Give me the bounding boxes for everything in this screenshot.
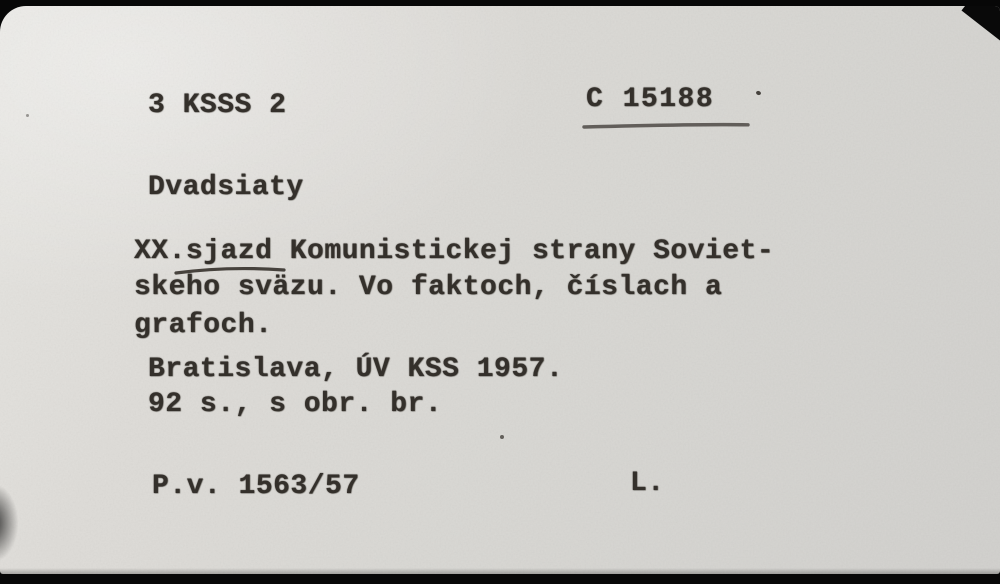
catalog-card: 3 KSSS 2 C 15188 Dvadsiaty XX.sjazd Komu… <box>0 6 1000 574</box>
ink-speck <box>26 114 29 117</box>
call-number: C 15188 <box>586 84 714 115</box>
ink-speck <box>500 435 504 439</box>
corner-shadow <box>962 6 1000 42</box>
ink-speck <box>755 90 761 95</box>
heading-word: Dvadsiaty <box>148 172 304 203</box>
cataloguer-initial: L. <box>630 468 665 499</box>
bottom-edge-shade <box>0 568 1000 574</box>
accession-number: P.v. 1563/57 <box>152 471 360 502</box>
imprint-line: Bratislava, ÚV KSS 1957. <box>148 354 563 385</box>
call-number-underline <box>584 125 748 127</box>
collation-line: 92 s., s obr. br. <box>148 389 442 420</box>
title-line: XX.sjazd Komunistickej strany Soviet- <box>134 236 774 267</box>
scan-background: { "card": { "classification": "3 KSSS 2"… <box>0 0 1000 584</box>
title-line: skeho sväzu. Vo faktoch, číslach a <box>134 272 722 303</box>
edge-shadow-smudge <box>0 484 18 562</box>
classification-number: 3 KSSS 2 <box>148 90 286 121</box>
title-line: grafoch. <box>134 310 272 341</box>
